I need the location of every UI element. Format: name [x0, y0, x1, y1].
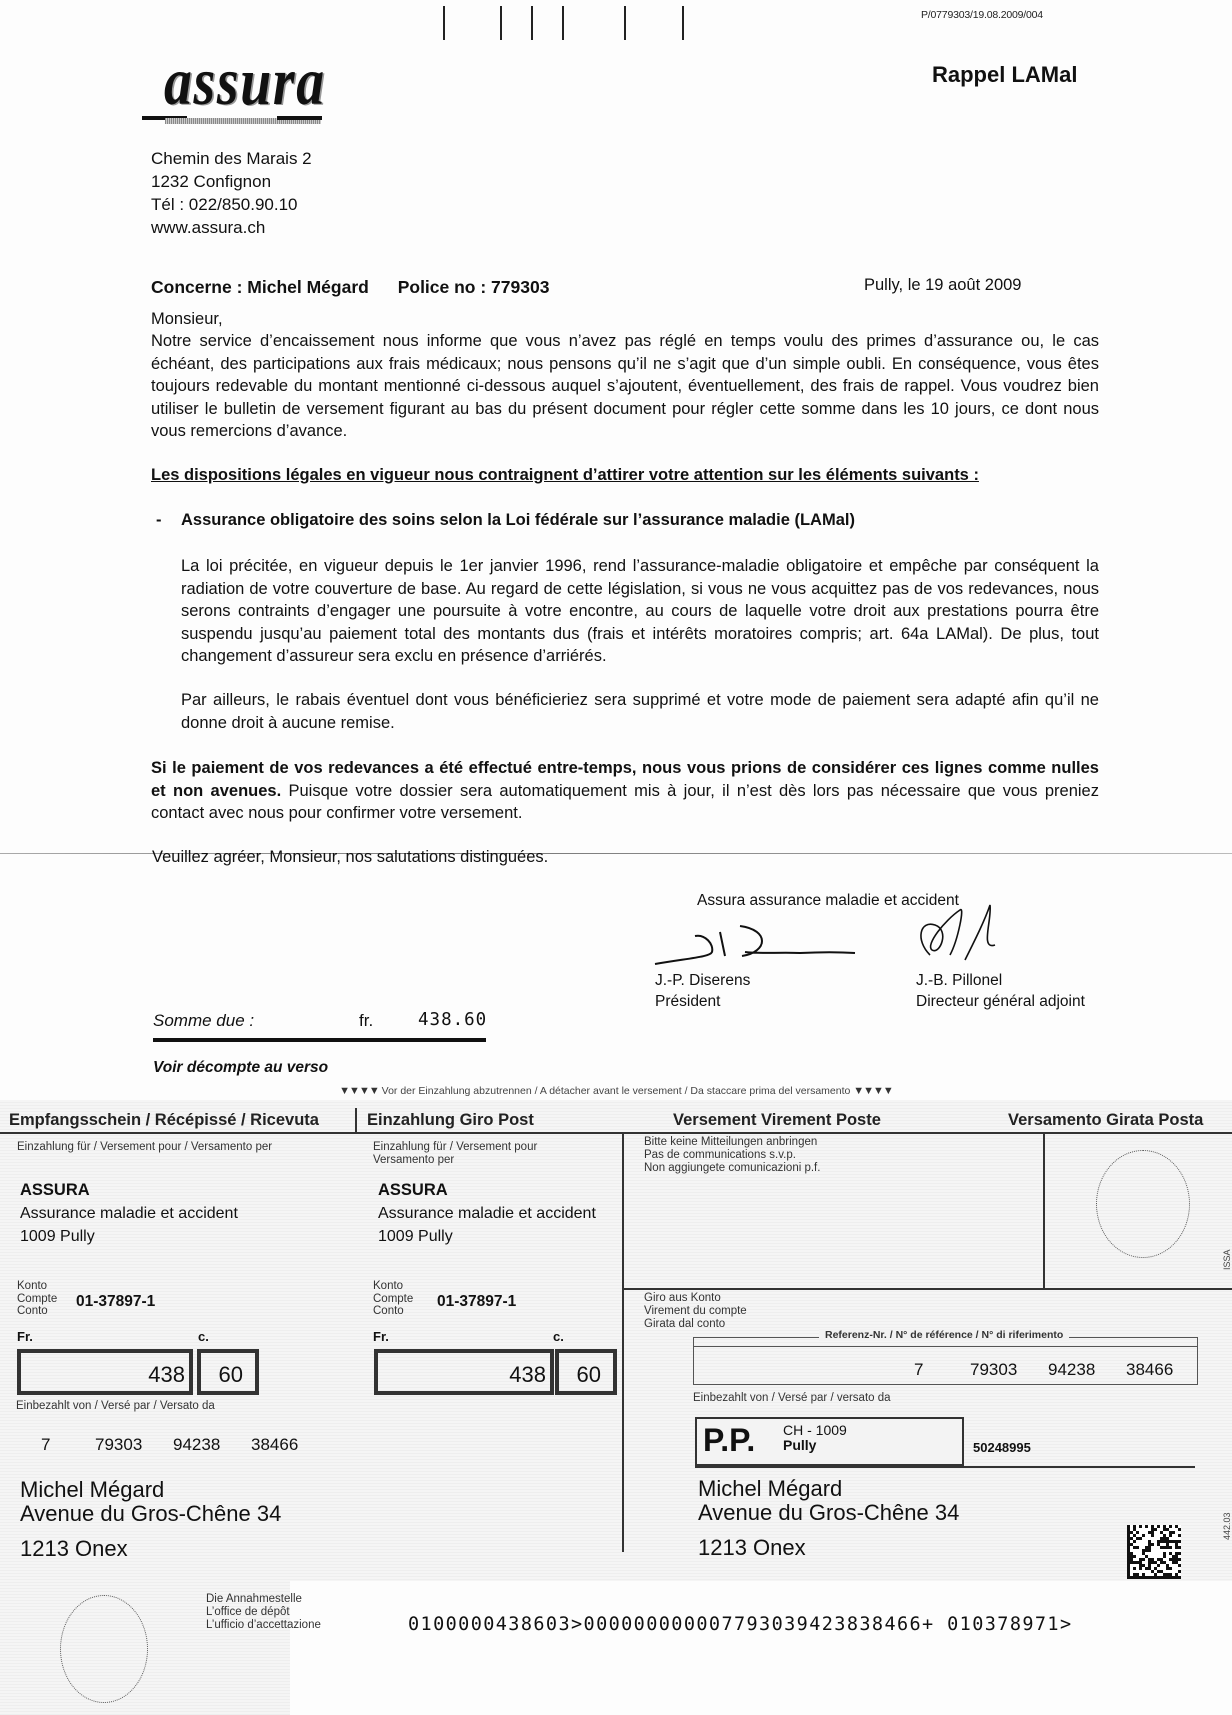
message-divider: [622, 1288, 1232, 1290]
signer-2-name: J.-B. Pillonel: [916, 970, 1085, 991]
office-label-fr: L’office de dépôt: [206, 1606, 321, 1619]
giro-from-fr: Virement du compte: [644, 1305, 747, 1318]
side-code-form: 442.03: [1222, 1512, 1232, 1540]
sender-address: Chemin des Marais 2 1232 Confignon Tél :…: [151, 147, 312, 239]
amount-due-value: 438.60: [418, 1010, 487, 1030]
giro-header-fr: Versement Virement Poste: [673, 1111, 881, 1130]
reference-box-rule: [694, 1346, 1197, 1347]
receipt-cents-value: 60: [219, 1362, 243, 1388]
receipt-francs-box[interactable]: 438: [17, 1349, 193, 1395]
bullet-dash: -: [156, 511, 162, 530]
detach-text: Vor der Einzahlung abzutrennen / A détac…: [382, 1085, 851, 1097]
account-label-fr: Compte: [373, 1293, 413, 1306]
amount-due-underline: [153, 1038, 486, 1042]
giro-payee-desc: Assurance maladie et accident: [378, 1202, 596, 1225]
logo-underline: [277, 116, 322, 120]
datamatrix-barcode: [1127, 1525, 1181, 1579]
payment-slip: Empfangsschein / Récépissé / Ricevuta Ei…: [0, 1100, 1232, 1586]
giro-header-it: Versamento Girata Posta: [1008, 1111, 1203, 1130]
giro-paid-by-label: Einbezahlt von / Versé par / versato da: [693, 1392, 891, 1405]
office-labels: Die Annahmestelle L’office de dépôt L’uf…: [206, 1593, 321, 1632]
account-label-it: Conto: [17, 1305, 57, 1318]
payer-rule: [695, 1466, 1195, 1468]
concern-name: Concerne : Michel Mégard: [151, 277, 369, 297]
account-label-de: Konto: [373, 1280, 413, 1293]
paragraph-law: La loi précitée, en vigueur depuis le 1e…: [181, 555, 1099, 668]
signer-1-role: Président: [655, 991, 750, 1012]
registration-mark: [562, 6, 564, 40]
giro-from-account-label: Giro aus Konto Virement du compte Girata…: [644, 1292, 747, 1331]
reference-number-label: Referenz-Nr. / N° de référence / N° di r…: [819, 1329, 1069, 1341]
signature-pillonel: [910, 900, 1000, 970]
reference-number-value: 7793039423838466: [914, 1360, 1173, 1380]
receipt-payee-city: 1009 Pully: [20, 1225, 238, 1248]
already-paid-rest: Puisque votre dossier sera automatiqueme…: [151, 782, 1099, 823]
ref-part: 79303: [95, 1435, 173, 1455]
account-label-it: Conto: [373, 1305, 413, 1318]
receipt-reference-number: 7793039423838466: [41, 1435, 298, 1455]
document-reference: P/0779303/19.08.2009/004: [921, 9, 1043, 21]
paragraph-already-paid: Si le paiement de vos redevances a été e…: [151, 757, 1099, 825]
account-label-de: Konto: [17, 1280, 57, 1293]
giro-payee-city: 1009 Pully: [378, 1225, 596, 1248]
postal-stamp-area: [1096, 1150, 1190, 1258]
bullet-title: Assurance obligatoire des soins selon la…: [181, 511, 855, 530]
giro-cents-label: c.: [553, 1329, 564, 1344]
giro-payer-address: Michel Mégard Avenue du Gros-Chêne 34 12…: [698, 1477, 959, 1561]
no-messages-de: Bitte keine Mitteilungen anbringen: [644, 1136, 820, 1149]
no-messages-note: Bitte keine Mitteilungen anbringen Pas d…: [644, 1136, 820, 1175]
pp-location: CH - 1009 Pully: [783, 1423, 847, 1453]
stamp-divider: [1043, 1132, 1045, 1288]
giro-francs-value: 438: [509, 1362, 546, 1388]
giro-payer-street: Avenue du Gros-Chêne 34: [698, 1501, 959, 1525]
sender-phone: Tél : 022/850.90.10: [151, 193, 312, 216]
ref-part: 7: [914, 1360, 970, 1380]
logo-text: assura: [164, 42, 326, 121]
ref-part: 38466: [251, 1435, 298, 1455]
giro-payer-city: 1213 Onex: [698, 1535, 959, 1561]
office-stamp-circle: [60, 1595, 148, 1703]
detach-instruction: ▼▼▼▼ Vor der Einzahlung abzutrennen / A …: [0, 1085, 1232, 1097]
receipt-payee: ASSURA Assurance maladie et accident 100…: [20, 1179, 238, 1248]
receipt-francs-label: Fr.: [17, 1329, 33, 1344]
letter-date: Pully, le 19 août 2009: [864, 276, 1021, 295]
registration-mark: [531, 6, 533, 40]
receipt-payer-street: Avenue du Gros-Chêne 34: [20, 1502, 281, 1526]
document-title: Rappel LAMal: [932, 62, 1077, 88]
receipt-payer-address: Michel Mégard Avenue du Gros-Chêne 34 12…: [20, 1478, 281, 1562]
giro-francs-label: Fr.: [373, 1329, 389, 1344]
policy-number: Police no : 779303: [398, 277, 550, 297]
header-divider: [0, 1132, 1232, 1134]
assura-logo: assura: [142, 42, 382, 132]
giro-payer-name: Michel Mégard: [698, 1477, 959, 1501]
giro-cents-value: 60: [577, 1362, 601, 1388]
sender-street: Chemin des Marais 2: [151, 147, 312, 170]
no-messages-it: Non aggiungete comunicazioni p.f.: [644, 1162, 820, 1175]
giro-header-de: Einzahlung Giro Post: [367, 1111, 534, 1130]
ocr-coding-line: 0100000438603>00000000000779303942383846…: [408, 1614, 1073, 1635]
receipt-payee-desc: Assurance maladie et accident: [20, 1202, 238, 1225]
paragraph-discount: Par ailleurs, le rabais éventuel dont vo…: [181, 689, 1099, 734]
pp-mark: P.P.: [703, 1422, 755, 1459]
legal-heading: Les dispositions légales en vigueur nous…: [151, 466, 979, 485]
side-code-issa: ISSA: [1222, 1249, 1232, 1270]
ocr-strip: [290, 1581, 1232, 1715]
signer-2: J.-B. Pillonel Directeur général adjoint: [916, 970, 1085, 1012]
paragraph-intro: Notre service d’encaissement nous inform…: [151, 330, 1099, 443]
signature-diserens: [650, 922, 860, 972]
receipt-header: Empfangsschein / Récépissé / Ricevuta: [9, 1111, 319, 1130]
pp-postage-box: P.P. CH - 1009 Pully: [695, 1417, 964, 1466]
section-divider: [622, 1132, 624, 1552]
pp-zip: CH - 1009: [783, 1423, 847, 1438]
salutation: Monsieur,: [151, 308, 1099, 331]
giro-account-number: 01-37897-1: [437, 1293, 516, 1311]
account-label-fr: Compte: [17, 1293, 57, 1306]
registration-mark: [682, 6, 684, 40]
ref-part: 94238: [173, 1435, 251, 1455]
giro-payment-for-line1: Einzahlung für / Versement pour: [373, 1141, 537, 1154]
payment-for-label: Einzahlung für / Versement pour / Versam…: [17, 1141, 272, 1154]
header-separator: [355, 1108, 357, 1133]
giro-payee-name: ASSURA: [378, 1181, 448, 1199]
ref-part: 94238: [1048, 1360, 1126, 1380]
no-messages-fr: Pas de communications s.v.p.: [644, 1149, 820, 1162]
amount-due-label: Somme due :: [153, 1011, 254, 1031]
registration-mark: [624, 6, 626, 40]
sender-city: 1232 Confignon: [151, 170, 312, 193]
registration-mark: [443, 6, 445, 40]
receipt-cents-box[interactable]: 60: [197, 1349, 259, 1395]
giro-account-labels: Konto Compte Conto: [373, 1280, 413, 1318]
concern-line: Concerne : Michel Mégard Police no : 779…: [151, 277, 573, 298]
ref-part: 7: [41, 1435, 95, 1455]
registration-mark: [500, 6, 502, 40]
giro-payment-for-line2: Versamento per: [373, 1154, 537, 1167]
reference-number-box[interactable]: Referenz-Nr. / N° de référence / N° di r…: [693, 1337, 1198, 1385]
receipt-paid-by-label: Einbezahlt von / Versé par / Versato da: [16, 1400, 215, 1413]
receipt-payer-city: 1213 Onex: [20, 1536, 281, 1562]
receipt-payer-name: Michel Mégard: [20, 1478, 281, 1502]
ref-part: 79303: [970, 1360, 1048, 1380]
receipt-cents-label: c.: [198, 1329, 209, 1344]
pp-number: 50248995: [973, 1440, 1031, 1455]
detach-arrows-left: ▼▼▼▼: [339, 1085, 379, 1097]
see-back-note: Voir décompte au verso: [153, 1059, 328, 1077]
office-label-it: L’ufficio d’accettazione: [206, 1619, 321, 1632]
signer-2-role: Directeur général adjoint: [916, 991, 1085, 1012]
giro-cents-box[interactable]: 60: [555, 1349, 617, 1395]
closing-formula: Veuillez agréer, Monsieur, nos salutatio…: [152, 848, 548, 867]
signer-1: J.-P. Diserens Président: [655, 970, 750, 1012]
amount-due-currency: fr.: [359, 1011, 373, 1031]
detach-arrows-right: ▼▼▼▼: [853, 1085, 893, 1097]
office-label-de: Die Annahmestelle: [206, 1593, 321, 1606]
giro-from-de: Giro aus Konto: [644, 1292, 747, 1305]
giro-francs-box[interactable]: 438: [374, 1349, 554, 1395]
receipt-account-labels: Konto Compte Conto: [17, 1280, 57, 1318]
giro-from-it: Girata dal conto: [644, 1318, 747, 1331]
signer-1-name: J.-P. Diserens: [655, 970, 750, 991]
receipt-francs-value: 438: [148, 1362, 185, 1388]
ref-part: 38466: [1126, 1360, 1173, 1380]
receipt-payee-name: ASSURA: [20, 1181, 90, 1199]
receipt-account-number: 01-37897-1: [76, 1293, 155, 1311]
giro-payee: ASSURA Assurance maladie et accident 100…: [378, 1179, 596, 1248]
pp-city: Pully: [783, 1438, 847, 1453]
sender-website[interactable]: www.assura.ch: [151, 216, 312, 239]
giro-payment-for-label: Einzahlung für / Versement pour Versamen…: [373, 1141, 537, 1167]
